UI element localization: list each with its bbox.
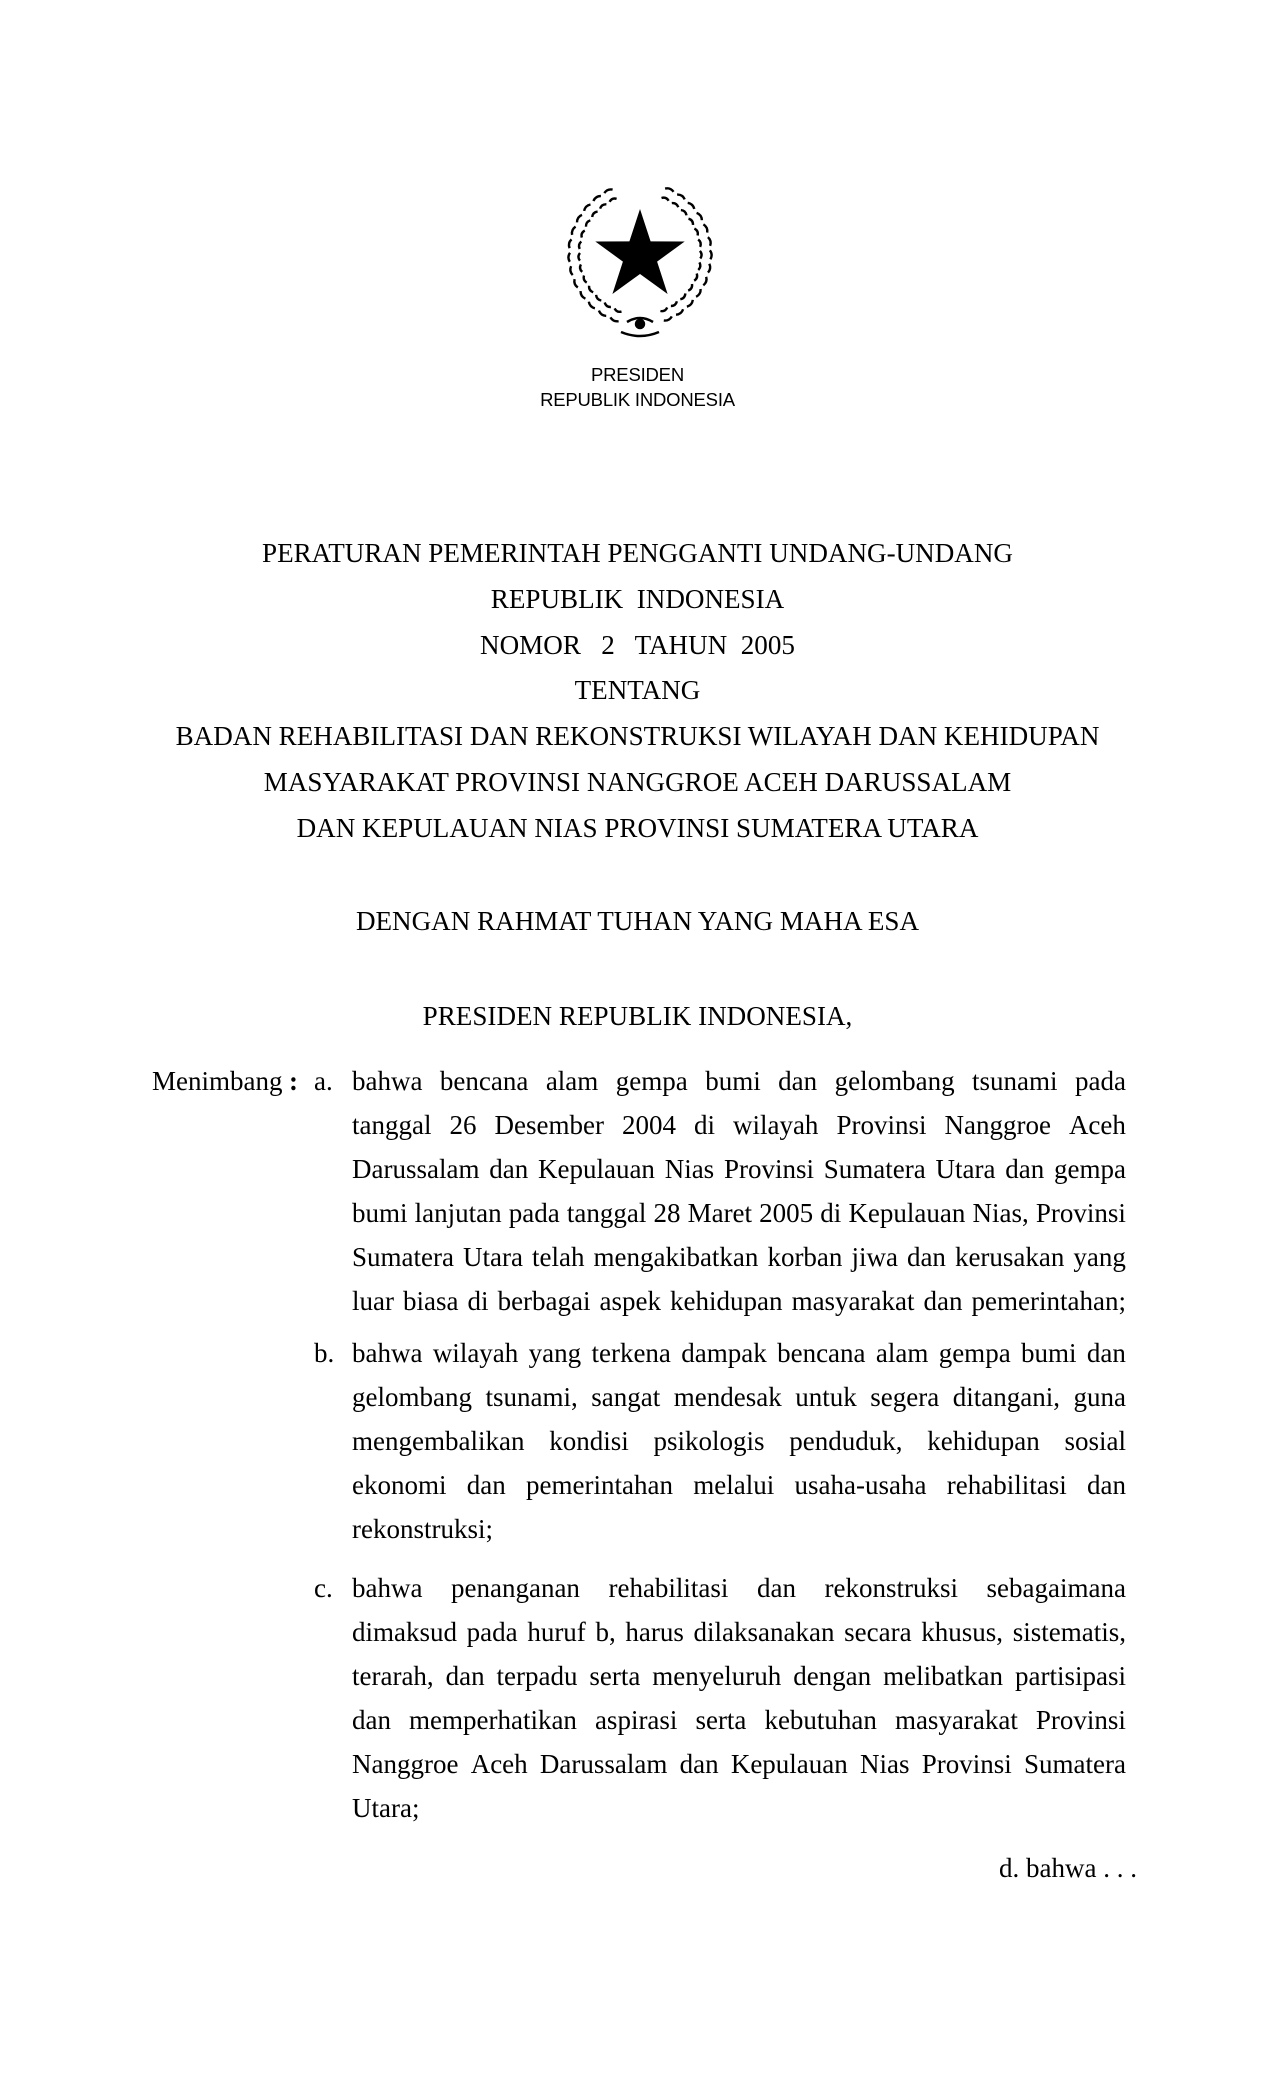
paragraph-line: tanggal26Desember2004diwilayahProvinsiNa… [352, 1110, 1126, 1154]
title-line-subject-3: DAN KEPULAUAN NIAS PROVINSI SUMATERA UTA… [10, 813, 1266, 843]
letterhead-line-republik-indonesia: REPUBLIK INDONESIA [0, 389, 1275, 411]
paragraph-line: rekonstruksi; [352, 1514, 1126, 1558]
item-marker-a: a. [314, 1066, 352, 1096]
considering-item-a: bahwabencanaalamgempabumidangelombangtsu… [352, 1066, 1126, 1330]
paragraph-line: SumateraUtaratelahmengakibatkankorbanjiw… [352, 1242, 1126, 1286]
issuer: PRESIDEN REPUBLIK INDONESIA, [10, 1001, 1266, 1031]
item-marker-c: c. [314, 1573, 352, 1603]
title-line-tentang: TENTANG [10, 675, 1266, 705]
paragraph-line: bahwabencanaalamgempabumidangelombangtsu… [352, 1066, 1126, 1110]
letterhead-line-presiden: PRESIDEN [0, 364, 1275, 386]
paragraph-line: dimaksudpadahurufb,harusdilaksanakanseca… [352, 1617, 1126, 1661]
paragraph-line: terarah,danterpadusertamenyeluruhdenganm… [352, 1661, 1126, 1705]
title-line-regulation-type: PERATURAN PEMERINTAH PENGGANTI UNDANG-UN… [10, 538, 1266, 568]
invocation: DENGAN RAHMAT TUHAN YANG MAHA ESA [10, 906, 1266, 936]
paragraph-line: bahwapenangananrehabilitasidanrekonstruk… [352, 1573, 1126, 1617]
paragraph-line: gelombangtsunami,sangatmendesakuntuksege… [352, 1382, 1126, 1426]
paragraph-line: luar biasa di berbagai aspek kehidupan m… [352, 1286, 1126, 1330]
considering-item-b: bahwawilayahyangterkenadampakbencanaalam… [352, 1338, 1126, 1558]
item-marker-b: b. [314, 1338, 352, 1368]
paragraph-line: bahwawilayahyangterkenadampakbencanaalam… [352, 1338, 1126, 1382]
presidential-seal-icon [555, 172, 725, 342]
paragraph-line: NanggroeAcehDarussalamdanKepulauanNiasPr… [352, 1749, 1126, 1793]
paragraph-line: mengembalikankondisipsikologispenduduk,k… [352, 1426, 1126, 1470]
title-line-subject-1: BADAN REHABILITASI DAN REKONSTRUKSI WILA… [10, 721, 1266, 751]
considering-colon: : [289, 1066, 298, 1096]
paragraph-line: ekonomidanpemerintahanmelaluiusaha-usaha… [352, 1470, 1126, 1514]
title-line-number-year: NOMOR 2 TAHUN 2005 [10, 630, 1266, 660]
title-line-subject-2: MASYARAKAT PROVINSI NANGGROE ACEH DARUSS… [10, 767, 1266, 797]
considering-label: Menimbang [152, 1066, 282, 1096]
title-line-country: REPUBLIK INDONESIA [10, 584, 1266, 614]
paragraph-line: danmemperhatikanaspirasisertakebutuhanma… [352, 1705, 1126, 1749]
paragraph-line: bumilanjutanpadatanggal28Maret2005diKepu… [352, 1198, 1126, 1242]
page-continuation-catchword: d. bahwa . . . [999, 1853, 1137, 1883]
paragraph-line: DarussalamdanKepulauanNiasProvinsiSumate… [352, 1154, 1126, 1198]
considering-item-c: bahwapenangananrehabilitasidanrekonstruk… [352, 1573, 1126, 1837]
paragraph-line: Utara; [352, 1793, 1126, 1837]
